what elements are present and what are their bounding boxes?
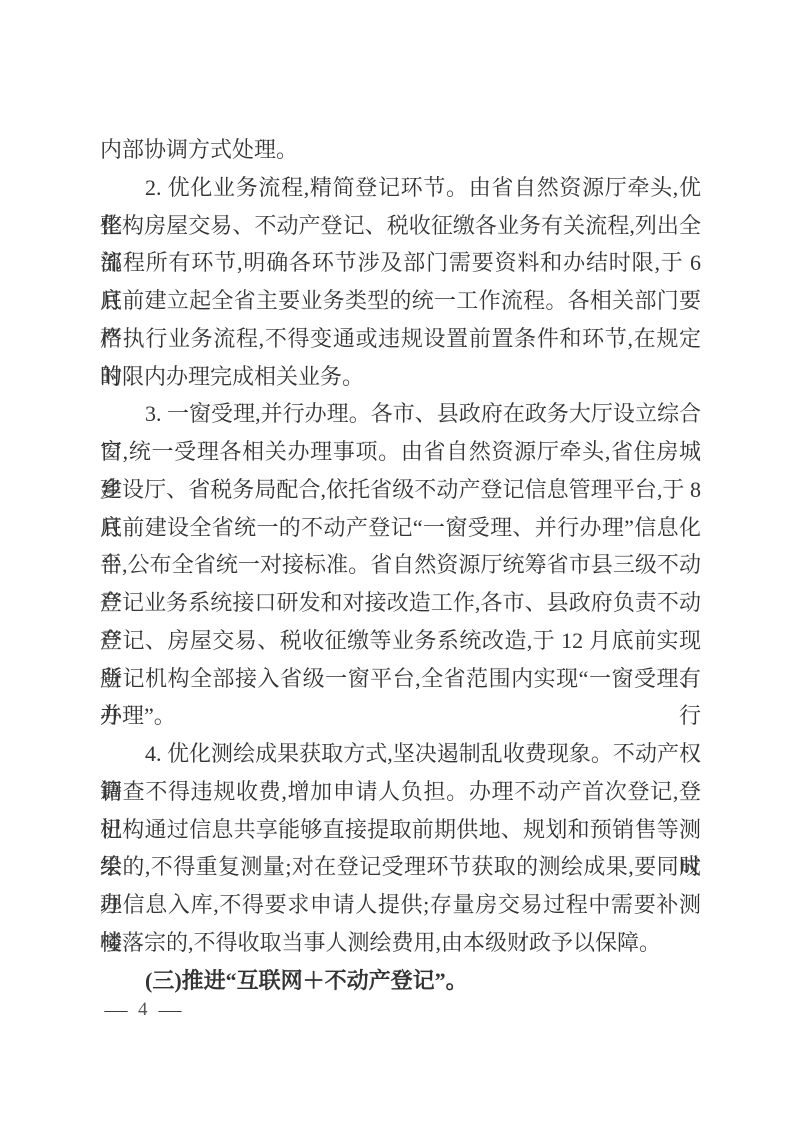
document-body: 内部协调方式处理。2. 优化业务流程,精简登记环节。由省自然资源厅牵头,优化整构… — [100, 131, 701, 999]
footer-dash-left: — — [105, 998, 128, 1022]
document-line: 底前建立起全省主要业务类型的统一工作流程。各相关部门要严 — [100, 282, 701, 320]
document-line: 登记机构全部接入省级一窗平台,全省范围内实现“一窗受理、并行 — [100, 660, 701, 698]
document-line: 机构通过信息共享能够直接提取前期供地、规划和预销售等测绘成 — [100, 811, 701, 849]
document-line: 底前建设全省统一的不动产登记“一窗受理、并行办理”信息化平 — [100, 509, 701, 547]
document-line: 流程所有环节,明确各环节涉及部门需要资料和办结时限,于 6 月 — [100, 244, 701, 282]
document-page: 内部协调方式处理。2. 优化业务流程,精简登记环节。由省自然资源厅牵头,优化整构… — [0, 0, 790, 1123]
document-line: 台,公布全省统一对接标准。省自然资源厅统筹省市县三级不动产 — [100, 546, 701, 584]
document-line: 果的,不得重复测量;对在登记受理环节获取的测绘成果,要同时办 — [100, 848, 701, 886]
document-line: 格执行业务流程,不得变通或违规设置前置条件和环节,在规定的 — [100, 320, 701, 358]
document-line: 3. 一窗受理,并行办理。各市、县政府在政务大厅设立综合窗 — [100, 395, 701, 433]
page-footer: — 4 — — [106, 998, 180, 1022]
document-line: 登记、房屋交易、税收征缴等业务系统改造,于 12 月底前实现所有 — [100, 622, 701, 660]
document-line: 建设厅、省税务局配合,依托省级不动产登记信息管理平台,于 8 月 — [100, 471, 701, 509]
document-line: 调查不得违规收费,增加申请人负担。办理不动产首次登记,登记 — [100, 773, 701, 811]
document-line: 时限内办理完成相关业务。 — [100, 358, 701, 396]
document-line: 4. 优化测绘成果获取方式,坚决遏制乱收费现象。不动产权籍 — [100, 735, 701, 773]
document-line: 口,统一受理各相关办理事项。由省自然资源厅牵头,省住房城乡 — [100, 433, 701, 471]
document-line: 幢落宗的,不得收取当事人测绘费用,由本级财政予以保障。 — [100, 924, 701, 962]
footer-dash-right: — — [158, 998, 181, 1022]
document-line: 理信息入库,不得要求申请人提供;存量房交易过程中需要补测楼 — [100, 886, 701, 924]
document-line: 内部协调方式处理。 — [100, 131, 701, 169]
document-line: 整构房屋交易、不动产登记、税收征缴各业务有关流程,列出全部 — [100, 207, 701, 245]
document-line: 2. 优化业务流程,精简登记环节。由省自然资源厅牵头,优化 — [100, 169, 701, 207]
document-line: 登记业务系统接口研发和对接改造工作,各市、县政府负责不动产 — [100, 584, 701, 622]
page-number: 4 — [138, 998, 148, 1022]
document-line: (三)推进“互联网＋不动产登记”。 — [100, 962, 701, 1000]
